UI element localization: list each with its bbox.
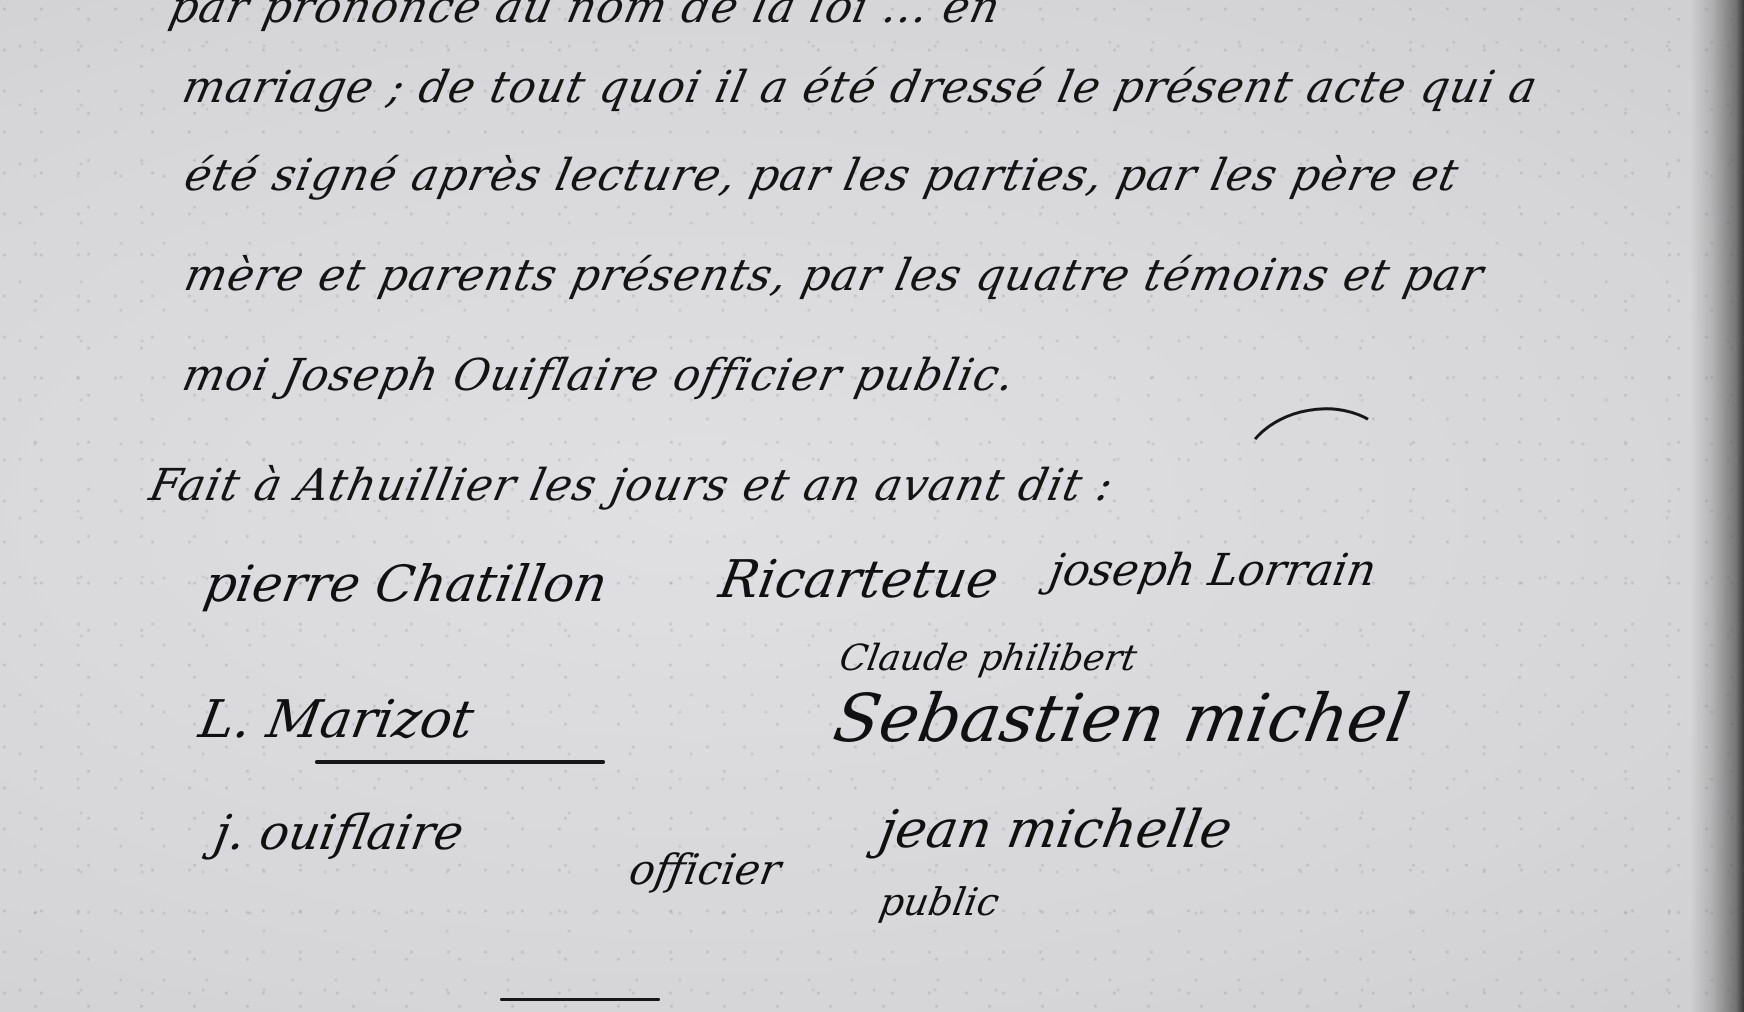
- signature-ricartetue: Ricartetue: [715, 550, 1003, 610]
- signature-l-marizot: L. Marizot: [195, 690, 479, 750]
- signature-pierre-chatillon: pierre Chatillon: [200, 555, 612, 613]
- text-line-6: Fait à Athuillier les jours et an avant …: [145, 460, 1118, 511]
- text-line-5: moi Joseph Ouiflaire officier public.: [178, 350, 1020, 401]
- next-entry-stroke: [500, 998, 660, 1001]
- text-line-4: mère et parents présents, par les quatre…: [180, 250, 1488, 301]
- signature-underline: [315, 760, 605, 764]
- signature-claude-philibert: Claude philibert: [836, 638, 1140, 679]
- signature-jean-michelle: jean michelle: [875, 800, 1237, 860]
- signature-public: public: [876, 880, 1002, 924]
- signature-sebastien-michel: Sebastien michel: [828, 680, 1415, 757]
- text-line-1: par prononcé au nom de la loi ... en: [165, 0, 1005, 33]
- scanned-document-page: par prononcé au nom de la loi ... en mar…: [0, 0, 1744, 1012]
- signature-j-ouiflaire: j. ouiflaire: [210, 805, 468, 861]
- text-line-2: mariage ; de tout quoi il a été dressé l…: [178, 62, 1542, 113]
- signature-officier: officier: [626, 845, 785, 894]
- signature-joseph-lorrain: joseph Lorrain: [1046, 545, 1381, 596]
- flourish-loop: [1231, 395, 1405, 536]
- text-line-3: été signé après lecture, par les parties…: [180, 150, 1464, 201]
